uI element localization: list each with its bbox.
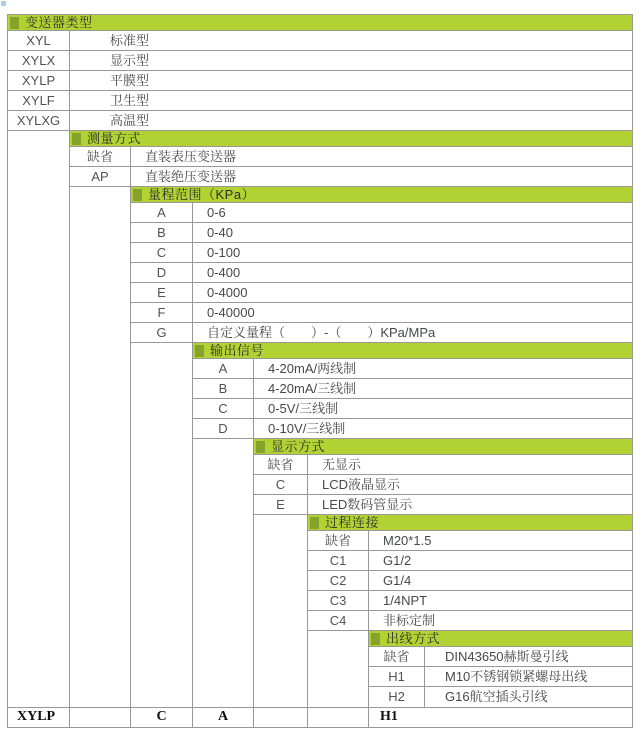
table-row: XYLX 显示型 xyxy=(8,51,632,71)
section-header-row-wiring-exit: 出线方式 xyxy=(8,631,632,647)
section-bullet-icon xyxy=(72,133,81,145)
ladder-cell xyxy=(131,343,193,359)
section-bullet-icon xyxy=(133,189,142,201)
example-code-measurement-method xyxy=(70,708,131,727)
ladder-cell xyxy=(70,283,131,303)
ladder-cell xyxy=(193,667,254,687)
section-header-row-range: 量程范围（KPa） xyxy=(8,187,632,203)
section-header-label: 测量方式 xyxy=(87,132,141,146)
scan-artifact-dot xyxy=(1,1,6,6)
option-code-cell: A xyxy=(193,359,254,379)
table-row: 缺省 DIN43650赫斯曼引线 xyxy=(8,647,632,667)
example-code-wiring-exit: H1 xyxy=(369,708,632,727)
ladder-cell xyxy=(70,343,131,359)
ladder-cell xyxy=(8,203,70,223)
ladder-cell xyxy=(131,571,193,591)
option-code-cell: B xyxy=(193,379,254,399)
option-code-cell: A xyxy=(131,203,193,223)
ladder-cell xyxy=(308,687,369,707)
option-desc-cell: 平膜型 xyxy=(70,71,632,91)
table-row: C1 G1/2 xyxy=(8,551,632,571)
ladder-cell xyxy=(8,591,70,611)
ladder-cell xyxy=(8,379,70,399)
ladder-cell xyxy=(131,687,193,707)
section-header-label: 量程范围（KPa） xyxy=(148,188,255,202)
option-desc-cell: 高温型 xyxy=(70,111,632,131)
ladder-cell xyxy=(8,223,70,243)
option-code-cell: D xyxy=(131,263,193,283)
ladder-cell xyxy=(8,167,70,187)
ladder-cell xyxy=(8,359,70,379)
ladder-cell xyxy=(193,687,254,707)
table-row: C LCD液晶显示 xyxy=(8,475,632,495)
ladder-cell xyxy=(8,647,70,667)
table-row: XYLXG 高温型 xyxy=(8,111,632,131)
section-header-row-measurement-method: 测量方式 xyxy=(8,131,632,147)
option-code-cell: C xyxy=(254,475,308,495)
ladder-cell xyxy=(131,399,193,419)
ladder-cell xyxy=(193,571,254,591)
ladder-cell xyxy=(131,531,193,551)
option-desc-cell: DIN43650赫斯曼引线 xyxy=(425,647,632,667)
section-bullet-icon xyxy=(371,633,380,645)
ladder-cell xyxy=(193,475,254,495)
option-code-cell: XYL xyxy=(8,31,70,51)
option-desc-cell: G1/2 xyxy=(369,551,632,571)
ladder-cell xyxy=(8,631,70,647)
table-row: AP 直装绝压变送器 xyxy=(8,167,632,187)
section-bullet-icon xyxy=(310,517,319,529)
ladder-cell xyxy=(193,611,254,631)
option-desc-cell: LED数码管显示 xyxy=(308,495,632,515)
option-desc-cell: 1/4NPT xyxy=(369,591,632,611)
section-header-label: 输出信号 xyxy=(210,344,264,358)
option-code-cell: E xyxy=(131,283,193,303)
ladder-cell xyxy=(70,399,131,419)
ladder-cell xyxy=(193,531,254,551)
ladder-cell xyxy=(70,495,131,515)
table-row: C2 G1/4 xyxy=(8,571,632,591)
option-code-cell: D xyxy=(193,419,254,439)
ladder-cell xyxy=(8,455,70,475)
table-row: H2 G16航空插头引线 xyxy=(8,687,632,707)
table-row: C4 非标定制 xyxy=(8,611,632,631)
option-code-cell: 缺省 xyxy=(308,531,369,551)
table-row: XYLP 平膜型 xyxy=(8,71,632,91)
ladder-cell xyxy=(70,551,131,571)
ladder-cell xyxy=(131,495,193,515)
ladder-cell xyxy=(131,631,193,647)
section-header-process-connection: 过程连接 xyxy=(308,515,632,531)
ladder-cell xyxy=(193,551,254,571)
option-desc-cell: M10不锈钢锁紧螺母出线 xyxy=(425,667,632,687)
section-header-row-process-connection: 过程连接 xyxy=(8,515,632,531)
ladder-cell xyxy=(70,591,131,611)
ladder-cell xyxy=(70,243,131,263)
option-code-cell: G xyxy=(131,323,193,343)
option-desc-cell: 直装表压变送器 xyxy=(131,147,632,167)
ladder-cell xyxy=(70,647,131,667)
ladder-cell xyxy=(8,323,70,343)
option-code-cell: H2 xyxy=(369,687,425,707)
ladder-cell xyxy=(70,379,131,399)
section-header-wiring-exit: 出线方式 xyxy=(369,631,632,647)
ladder-cell xyxy=(70,475,131,495)
section-header-measurement-method: 测量方式 xyxy=(70,131,632,147)
example-row: XYLP C A H1 xyxy=(8,707,632,727)
option-code-cell: C2 xyxy=(308,571,369,591)
option-desc-cell: 0-400 xyxy=(193,263,632,283)
table-row: A 0-6 xyxy=(8,203,632,223)
ladder-cell xyxy=(70,263,131,283)
table-row: 缺省 M20*1.5 xyxy=(8,531,632,551)
ladder-cell xyxy=(193,495,254,515)
table-row: B 0-40 xyxy=(8,223,632,243)
ladder-cell xyxy=(8,531,70,551)
ladder-cell xyxy=(8,343,70,359)
option-desc-cell: M20*1.5 xyxy=(369,531,632,551)
option-code-cell: H1 xyxy=(369,667,425,687)
option-desc-cell: 4-20mA/两线制 xyxy=(254,359,632,379)
ladder-cell xyxy=(70,611,131,631)
example-code-display-mode xyxy=(254,708,308,727)
ladder-cell xyxy=(254,667,308,687)
ladder-cell xyxy=(70,223,131,243)
ladder-cell xyxy=(131,515,193,531)
ladder-cell xyxy=(254,515,308,531)
ladder-cell xyxy=(193,455,254,475)
option-desc-cell: 直装绝压变送器 xyxy=(131,167,632,187)
ladder-cell xyxy=(70,359,131,379)
option-desc-cell: 4-20mA/三线制 xyxy=(254,379,632,399)
ladder-cell xyxy=(8,283,70,303)
option-desc-cell: 自定义量程（ ）-（ ）KPa/MPa xyxy=(193,323,632,343)
ladder-cell xyxy=(70,571,131,591)
ladder-cell xyxy=(8,263,70,283)
example-code-range: C xyxy=(131,708,193,727)
ladder-cell xyxy=(70,455,131,475)
option-code-cell: XYLP xyxy=(8,71,70,91)
ladder-cell xyxy=(8,667,70,687)
table-row: D 0-400 xyxy=(8,263,632,283)
ladder-cell xyxy=(193,647,254,667)
ladder-cell xyxy=(8,131,70,147)
option-code-cell: C xyxy=(193,399,254,419)
table-row: E LED数码管显示 xyxy=(8,495,632,515)
ladder-cell xyxy=(254,611,308,631)
option-desc-cell: G1/4 xyxy=(369,571,632,591)
ladder-cell xyxy=(8,243,70,263)
ladder-cell xyxy=(254,571,308,591)
ladder-cell xyxy=(8,687,70,707)
ladder-cell xyxy=(70,439,131,455)
table-row: C 0-5V/三线制 xyxy=(8,399,632,419)
ladder-cell xyxy=(8,419,70,439)
section-header-label: 变送器类型 xyxy=(25,16,93,30)
section-header-row-display-mode: 显示方式 xyxy=(8,439,632,455)
ladder-cell xyxy=(131,455,193,475)
option-code-cell: C1 xyxy=(308,551,369,571)
table-row: 缺省 无显示 xyxy=(8,455,632,475)
ladder-cell xyxy=(70,631,131,647)
example-code-process-connection xyxy=(308,708,369,727)
table-row: E 0-4000 xyxy=(8,283,632,303)
ladder-cell xyxy=(131,379,193,399)
ladder-cell xyxy=(8,303,70,323)
example-code-transmitter-type: XYLP xyxy=(8,708,70,727)
ladder-cell xyxy=(8,515,70,531)
ladder-cell xyxy=(8,475,70,495)
option-desc-cell: G16航空插头引线 xyxy=(425,687,632,707)
example-code-output-signal: A xyxy=(193,708,254,727)
table-row: A 4-20mA/两线制 xyxy=(8,359,632,379)
ladder-cell xyxy=(131,359,193,379)
table-row: D 0-10V/三线制 xyxy=(8,419,632,439)
section-header-row-transmitter-type: 变送器类型 xyxy=(8,15,632,31)
ladder-cell xyxy=(308,631,369,647)
option-code-cell: 缺省 xyxy=(369,647,425,667)
ladder-cell xyxy=(70,303,131,323)
ladder-cell xyxy=(254,647,308,667)
option-desc-cell: 标准型 xyxy=(70,31,632,51)
ladder-cell xyxy=(254,531,308,551)
ladder-cell xyxy=(70,531,131,551)
option-desc-cell: 0-40 xyxy=(193,223,632,243)
table-row: C3 1/4NPT xyxy=(8,591,632,611)
option-code-cell: XYLXG xyxy=(8,111,70,131)
ladder-cell xyxy=(254,687,308,707)
section-header-label: 显示方式 xyxy=(271,440,325,454)
table-row: XYLF 卫生型 xyxy=(8,91,632,111)
ladder-cell xyxy=(8,187,70,203)
option-desc-cell: 显示型 xyxy=(70,51,632,71)
ladder-cell xyxy=(193,631,254,647)
ladder-cell xyxy=(8,439,70,455)
section-header-transmitter-type: 变送器类型 xyxy=(8,15,632,31)
option-desc-cell: 非标定制 xyxy=(369,611,632,631)
ladder-cell xyxy=(70,203,131,223)
ladder-cell xyxy=(131,419,193,439)
table-row: G 自定义量程（ ）-（ ）KPa/MPa xyxy=(8,323,632,343)
option-code-cell: XYLX xyxy=(8,51,70,71)
option-desc-cell: 0-5V/三线制 xyxy=(254,399,632,419)
option-code-cell: C xyxy=(131,243,193,263)
ladder-cell xyxy=(254,591,308,611)
ladder-cell xyxy=(8,147,70,167)
ladder-cell xyxy=(70,515,131,531)
ladder-cell xyxy=(131,667,193,687)
ladder-cell xyxy=(8,571,70,591)
ladder-cell xyxy=(131,439,193,455)
ladder-cell xyxy=(193,439,254,455)
ladder-cell xyxy=(131,591,193,611)
model-selection-table: 变送器类型 XYL 标准型 XYLX 显示型 XYLP 平膜型 XYLF 卫生型… xyxy=(7,14,633,728)
option-desc-cell: 无显示 xyxy=(308,455,632,475)
table-row: F 0-40000 xyxy=(8,303,632,323)
option-code-cell: 缺省 xyxy=(254,455,308,475)
option-code-cell: B xyxy=(131,223,193,243)
ladder-cell xyxy=(131,647,193,667)
section-header-row-output-signal: 输出信号 xyxy=(8,343,632,359)
ladder-cell xyxy=(193,515,254,531)
option-code-cell: AP xyxy=(70,167,131,187)
section-header-label: 出线方式 xyxy=(386,632,440,646)
ladder-cell xyxy=(70,687,131,707)
ladder-cell xyxy=(308,647,369,667)
option-code-cell: 缺省 xyxy=(70,147,131,167)
option-code-cell: F xyxy=(131,303,193,323)
ladder-cell xyxy=(8,495,70,515)
ladder-cell xyxy=(131,551,193,571)
option-code-cell: E xyxy=(254,495,308,515)
section-bullet-icon xyxy=(256,441,265,453)
ladder-cell xyxy=(254,631,308,647)
table-row: C 0-100 xyxy=(8,243,632,263)
option-desc-cell: 0-4000 xyxy=(193,283,632,303)
option-code-cell: C3 xyxy=(308,591,369,611)
table-row: B 4-20mA/三线制 xyxy=(8,379,632,399)
section-header-output-signal: 输出信号 xyxy=(193,343,632,359)
ladder-cell xyxy=(254,551,308,571)
section-bullet-icon xyxy=(195,345,204,357)
ladder-cell xyxy=(8,551,70,571)
ladder-cell xyxy=(70,667,131,687)
table-row: XYL 标准型 xyxy=(8,31,632,51)
option-code-cell: C4 xyxy=(308,611,369,631)
option-desc-cell: 0-40000 xyxy=(193,303,632,323)
ladder-cell xyxy=(8,399,70,419)
section-bullet-icon xyxy=(10,17,19,29)
section-header-display-mode: 显示方式 xyxy=(254,439,632,455)
option-code-cell: XYLF xyxy=(8,91,70,111)
ladder-cell xyxy=(193,591,254,611)
ladder-cell xyxy=(70,187,131,203)
ladder-cell xyxy=(308,667,369,687)
option-desc-cell: 卫生型 xyxy=(70,91,632,111)
option-desc-cell: 0-100 xyxy=(193,243,632,263)
ladder-cell xyxy=(131,611,193,631)
section-header-range: 量程范围（KPa） xyxy=(131,187,632,203)
ladder-cell xyxy=(70,419,131,439)
table-row: 缺省 直装表压变送器 xyxy=(8,147,632,167)
section-header-label: 过程连接 xyxy=(325,516,379,530)
option-desc-cell: 0-10V/三线制 xyxy=(254,419,632,439)
option-desc-cell: 0-6 xyxy=(193,203,632,223)
table-row: H1 M10不锈钢锁紧螺母出线 xyxy=(8,667,632,687)
ladder-cell xyxy=(70,323,131,343)
ladder-cell xyxy=(8,611,70,631)
ladder-cell xyxy=(131,475,193,495)
option-desc-cell: LCD液晶显示 xyxy=(308,475,632,495)
